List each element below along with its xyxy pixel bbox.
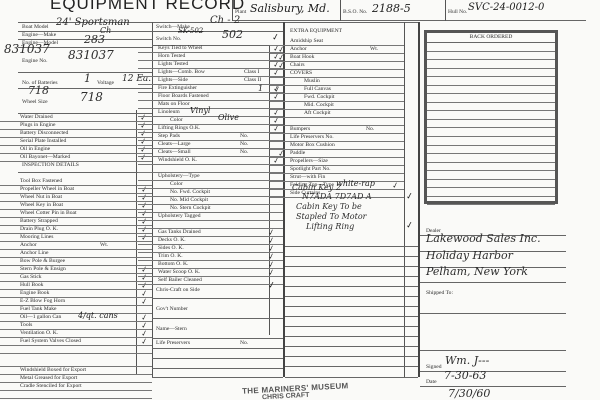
list-item: Tools✓ — [0, 322, 152, 330]
hull-label: Hull No. — [448, 9, 467, 15]
list-item: Bottom O. K.✓ — [138, 261, 283, 269]
engine-no-label: Engine No. — [22, 58, 47, 65]
list-item: Lights Tested✓ — [138, 61, 283, 69]
item-label: Engine Book — [20, 290, 49, 297]
item-extra: Wt. — [370, 46, 378, 53]
item-label: Mooring Lines — [20, 234, 53, 241]
list-item: Fire Extinguisher1✓ — [138, 85, 283, 93]
list-item: No. Stern Cockpit — [138, 205, 283, 213]
list-item: Step PadsNo. — [138, 133, 283, 141]
item-label: Water Drained — [20, 114, 53, 121]
divider — [152, 368, 283, 369]
list-item: Trim O. K.✓ — [138, 253, 283, 261]
list-item: BumpersNo. — [270, 126, 404, 134]
list-item: Chairs✓ — [270, 62, 404, 70]
divider — [285, 306, 418, 307]
handwritten-note: Cabin Key 2 — [292, 184, 341, 191]
batteries-value: 1 — [84, 75, 91, 82]
list-item: Battery Strapped✓ — [0, 218, 152, 226]
switch-no-label: Switch No. — [156, 36, 181, 43]
item-label: Oil—1 gallon Can — [20, 314, 61, 321]
list-item: Tool Box Fastened — [0, 178, 152, 186]
item-label: Linoleum — [158, 109, 180, 116]
item-label: Plugs in Engine — [20, 122, 55, 129]
list-item: Oil in Engine✓ — [0, 146, 152, 154]
engine-model-value: 283 — [84, 36, 105, 43]
divider — [152, 377, 283, 378]
list-item — [0, 391, 152, 399]
item-label: Mid. Cockpit — [304, 102, 334, 109]
list-item: Fuel System Valves Closed✓ — [0, 338, 152, 346]
item-label: Tools — [20, 322, 32, 329]
list-item: Upholstery—Type — [138, 173, 283, 181]
item-label: Floor Boards Fastened — [158, 93, 209, 100]
item-label: Mats on Floor — [158, 101, 190, 108]
item-label: Windshield Boxed for Export — [20, 367, 86, 374]
life-preservers-label: Life Preservers — [156, 340, 190, 347]
divider — [152, 298, 283, 299]
list-item: Floor Boards Fastened✓ — [138, 93, 283, 101]
item-label: Drain Plug O. K. — [20, 226, 58, 233]
item-label: No. Mid Cockpit — [170, 197, 208, 204]
list-item: COVERS — [270, 70, 404, 78]
list-item — [270, 118, 404, 126]
switch-no-struck: SK-502 — [178, 28, 203, 35]
list-item: Decks O. K.✓ — [138, 237, 283, 245]
item-extra: No. — [366, 126, 374, 133]
list-item: Hull Book✓ — [0, 282, 152, 290]
item-label: Hull Book — [20, 282, 43, 289]
divider — [418, 22, 420, 377]
item-extra: No. — [240, 149, 248, 156]
plant-value: Salisbury, Md. — [250, 2, 330, 15]
item-label: Wheel Nut in Boat — [20, 194, 62, 201]
item-label: Cleats—Small — [158, 149, 191, 156]
item-value: Vinyl — [190, 107, 210, 114]
list-item: Paddle✓ — [270, 150, 404, 158]
check-icon: ✓ — [391, 181, 399, 189]
divider — [152, 348, 283, 349]
item-label: Propellers—Size — [290, 158, 328, 165]
item-label: Windshield O. K. — [158, 157, 197, 164]
item-label: Anchor Line — [20, 250, 48, 257]
item-label: Ventilation O. K. — [20, 330, 58, 337]
item-extra: No. — [240, 133, 248, 140]
item-label: Fuel System Valves Closed — [20, 338, 81, 345]
divider — [420, 282, 566, 283]
item-label: E-Z Blow Fog Horn — [20, 298, 65, 305]
list-item: Engine Book✓ — [0, 290, 152, 298]
item-label: Water Scoop O. K. — [158, 269, 200, 276]
check-icon: ✓ — [267, 281, 276, 291]
handwritten-note: Stapled To Motor — [296, 213, 366, 220]
check-icon: ✓ — [277, 149, 285, 157]
divider — [340, 0, 341, 21]
item-extra: Class I — [244, 69, 259, 76]
item-label: Fwd. Cockpit — [304, 94, 334, 101]
wheel-size-label: Wheel Size — [22, 99, 48, 106]
item-label: Chairs — [290, 62, 305, 69]
list-item: Lifting Rings O.K.✓ — [138, 125, 283, 133]
list-item: Windshield Boxed for Export — [0, 367, 152, 375]
item-label: Lights—Comb. Bow — [158, 69, 205, 76]
list-item: Upholstery Tagged — [138, 213, 283, 221]
item-label: Lights Tested — [158, 61, 188, 68]
list-item: Windshield O. K.✓ — [138, 157, 283, 165]
engine-no-value: 831037 — [68, 52, 114, 59]
list-item: No. Fwd. Cockpit — [138, 189, 283, 197]
switch-no-value: 502 — [222, 31, 243, 38]
divider — [285, 246, 418, 247]
list-item: Keys Tied to Wheel✓ — [138, 45, 283, 53]
check-icon: ✓ — [273, 85, 281, 93]
chris-craft-label: Chris-Craft on Side — [156, 287, 200, 294]
item-label: COVERS — [290, 70, 312, 77]
item-label: Stern Pole & Ensign — [20, 266, 66, 273]
item-label: Wheel Cotter Pin in Boat — [20, 210, 77, 217]
list-item: Fwd. Cockpit — [270, 94, 404, 102]
archive-stamp-sub: CHRIS CRAFT — [262, 392, 310, 400]
date-value: 7-30-63 — [444, 372, 486, 379]
item-label: Trim O. K. — [158, 253, 183, 260]
item-label: Step Pads — [158, 133, 180, 140]
item-label: Lifting Rings O.K. — [158, 125, 200, 132]
hull-value: SVC-24-0012-0 — [468, 2, 544, 13]
switch-make-value: Ch - 2 — [210, 17, 240, 24]
divider — [285, 316, 418, 317]
item-label: Gas Tanks Drained — [158, 229, 201, 236]
extra-equipment-heading: EXTRA EQUIPMENT — [290, 28, 342, 35]
list-item: Gas Stick✓ — [0, 274, 152, 282]
list-item: Mooring Lines✓ — [0, 234, 152, 242]
wheel-size-value: 718 — [80, 94, 103, 101]
dealer-line-3: Pelham, New York — [426, 268, 528, 275]
list-item: LinoleumVinyl✓ — [138, 109, 283, 117]
item-label: Self Bailer Cleaned — [158, 277, 202, 284]
divider — [152, 358, 283, 359]
divider — [420, 313, 566, 314]
item-label: Keys Tied to Wheel — [158, 45, 203, 52]
list-item: Serial Plate Installed✓ — [0, 138, 152, 146]
item-label: Anchor — [290, 46, 307, 53]
list-item: Water Drained✓ — [0, 114, 152, 122]
item-label: Metal Greased for Export — [20, 375, 77, 382]
list-item: Oil Bayonet—Marked✓ — [0, 154, 152, 162]
item-label: Fuel Tank Make — [20, 306, 56, 313]
divider — [152, 31, 283, 32]
divider — [285, 296, 418, 297]
divider — [285, 266, 418, 267]
divider — [152, 338, 283, 339]
item-label: Strut—with Fin — [290, 174, 325, 181]
item-label: Spotlight Part No. — [290, 166, 331, 173]
signed-value: Wm. J--- — [445, 357, 489, 364]
check-icon: ✓ — [405, 221, 414, 231]
date-label: Date — [426, 379, 437, 386]
list-item: Lights—Comb. BowClass I✓ — [138, 69, 283, 77]
bottom-note: 7/30/60 — [448, 390, 490, 397]
item-label: Muslin — [304, 78, 320, 85]
bso-value: 2188-5 — [372, 2, 411, 15]
list-item: Mats on Floor — [138, 101, 283, 109]
check-icon: ✓ — [277, 61, 285, 69]
back-ordered-box: BACK ORDERED — [424, 30, 558, 204]
list-item: ColorOlive✓ — [138, 117, 283, 125]
list-item: No. Mid Cockpit — [138, 197, 283, 205]
item-label: Battery Disconnected — [20, 130, 68, 137]
list-item: E-Z Blow Fog Horn✓ — [0, 298, 152, 306]
pre-check-list: Water Drained✓ Plugs in Engine✓ Battery … — [0, 114, 152, 162]
list-item: Self Bailer Cleaned — [138, 277, 283, 285]
dealer-line-1: Lakewood Sales Inc. — [426, 235, 541, 242]
item-label: Amidship Seat — [290, 38, 323, 45]
list-item: Gas Tanks Drained✓ — [138, 229, 283, 237]
list-item: Muslin — [270, 78, 404, 86]
list-item — [0, 346, 152, 354]
item-extra: No. — [240, 141, 248, 148]
item-label: Serial Plate Installed — [20, 138, 66, 145]
item-label: Bumpers — [290, 126, 310, 133]
item-label: Sides O. K. — [158, 245, 184, 252]
item-label: Upholstery Tagged — [158, 213, 201, 220]
item-value: 1 — [258, 85, 263, 92]
list-item: Drain Plug O. K.✓ — [0, 226, 152, 234]
item-label: Gas Stick — [20, 274, 42, 281]
item-value: Olive — [218, 114, 239, 121]
boat-model-value: 24' Sportsman — [56, 19, 130, 26]
item-label: Horn Tested — [158, 53, 185, 60]
dealer-line-2: Holiday Harbor — [426, 252, 513, 259]
list-item: Ventilation O. K.✓ — [0, 330, 152, 338]
list-item: Amidship Seat — [270, 38, 404, 46]
item-label: Cleats—Large — [158, 141, 191, 148]
divider — [285, 346, 418, 347]
item-label: Full Canvas — [304, 86, 331, 93]
boat-model-label: Boat Model — [22, 24, 49, 31]
list-item: Cleats—SmallNo. — [138, 149, 283, 157]
item-label: Lights—Side — [158, 77, 188, 84]
list-item: Water Scoop O. K.✓ — [138, 269, 283, 277]
divider — [285, 286, 418, 287]
list-item: Wheel Cotter Pin in Boat✓ — [0, 210, 152, 218]
item-label: Propeller Wheel in Boat — [20, 186, 74, 193]
divider — [404, 22, 405, 377]
item-label: Battery Strapped — [20, 218, 58, 225]
list-item: Spotlight Part No. — [270, 166, 404, 174]
item-label: Anchor — [20, 242, 37, 249]
item-label: No. Fwd. Cockpit — [170, 189, 210, 196]
life-preservers-no: No. — [240, 340, 248, 347]
list-item: Propellers—Size — [270, 158, 404, 166]
page-title: EQUIPMENT RECORD — [50, 0, 245, 14]
voltage-label: Voltage — [97, 80, 114, 87]
list-item: Cradle Stenciled for Export — [0, 383, 152, 391]
item-label: Oil Bayonet—Marked — [20, 154, 70, 161]
item-label: Tool Box Fastened — [20, 178, 62, 185]
item-label: Bow Pole & Burgee — [20, 258, 65, 265]
item-label: Life Preservers No. — [290, 134, 334, 141]
item-label: Color — [170, 181, 183, 188]
govt-number-label: Gov't Number — [156, 306, 188, 313]
list-item: Battery Disconnected✓ — [0, 130, 152, 138]
inspection-heading: INSPECTION DETAILS — [22, 162, 79, 169]
divider — [18, 172, 152, 173]
engine-make-label: Engine—Make — [22, 32, 56, 39]
list-item: Cleats—LargeNo. — [138, 141, 283, 149]
item-label: Wheel Key in Boat — [20, 202, 63, 209]
handwritten-note: Cabin Key To be — [296, 203, 362, 210]
divider — [285, 356, 418, 357]
equipment-record-page: EQUIPMENT RECORD Plant Salisbury, Md. B.… — [0, 0, 600, 400]
divider — [285, 377, 418, 378]
list-item: Boat Hook✓ — [270, 54, 404, 62]
item-label: Decks O. K. — [158, 237, 186, 244]
check-icon: ✓ — [267, 268, 275, 276]
list-item: Plugs in Engine✓ — [0, 122, 152, 130]
divider — [285, 256, 418, 257]
item-label: Motor Box Cushion — [290, 142, 335, 149]
divider — [232, 20, 586, 21]
divider — [420, 371, 566, 372]
list-item: Oil—1 gallon Can4/qt. cans✓ — [0, 314, 152, 322]
list-item: Fuel Tank Make — [0, 306, 152, 314]
item-label: Paddle — [290, 150, 305, 157]
list-item: Propeller Wheel in Boat✓ — [0, 186, 152, 194]
divider — [420, 350, 566, 351]
item-label: Color — [170, 117, 183, 124]
item-extra: Wt. — [100, 242, 108, 249]
divider — [420, 386, 566, 387]
list-item: Stern Pole & Ensign✓ — [0, 266, 152, 274]
list-item — [138, 165, 283, 173]
item-label: Upholstery—Type — [158, 173, 200, 180]
list-item: Anchor Line — [0, 250, 152, 258]
bso-label: B.S.O. No. — [343, 9, 367, 15]
handwritten-note: N7ADA 7D7AD A — [302, 193, 372, 200]
divider — [152, 318, 283, 319]
item-label: Oil in Engine — [20, 146, 50, 153]
list-item: AnchorWt.✓ — [270, 46, 404, 54]
list-item: Full Canvas✓ — [270, 86, 404, 94]
list-item: Mid. Cockpit — [270, 102, 404, 110]
list-item: AnchorWt. — [0, 242, 152, 250]
check-icon: ✓ — [140, 337, 148, 345]
list-item — [0, 354, 152, 367]
list-item: Life Preservers No. — [270, 134, 404, 142]
list-item: Color — [138, 181, 283, 189]
check-icon: ✓ — [140, 297, 148, 305]
name-stern-label: Name—Stern — [156, 326, 187, 333]
engine-no-side-note: 831037 — [4, 46, 50, 53]
wheel-size-side-note: 718 — [28, 87, 49, 94]
extra-equipment-list: Amidship Seat AnchorWt.✓ Boat Hook✓ Chai… — [270, 38, 404, 198]
middle-check-list: Keys Tied to Wheel✓ Horn Tested✓ Lights … — [138, 45, 283, 285]
list-item: Horn Tested✓ — [138, 53, 283, 61]
item-label: Fire Extinguisher — [158, 85, 197, 92]
shipped-to-label: Shipped To: — [426, 290, 453, 297]
item-value: white-rap — [336, 180, 375, 187]
list-item: Motor Box Cushion — [270, 142, 404, 150]
list-item: Sides O. K.✓ — [138, 245, 283, 253]
divider — [285, 366, 418, 367]
divider — [285, 336, 418, 337]
item-extra: Class II — [244, 77, 261, 84]
check-icon: ✓ — [405, 192, 414, 202]
signed-label: Signed — [426, 364, 442, 371]
list-item: Aft Cockpit — [270, 110, 404, 118]
divider — [445, 0, 446, 21]
item-label: Boat Hook — [290, 54, 314, 61]
item-label: Aft Cockpit — [304, 110, 331, 117]
item-label: Bottom O. K. — [158, 261, 188, 268]
handwritten-note: Lifting Ring — [306, 223, 354, 230]
list-item: Bow Pole & Burgee — [0, 258, 152, 266]
list-item: Wheel Nut in Boat✓ — [0, 194, 152, 202]
item-label: No. Stern Cockpit — [170, 205, 211, 212]
item-value: 4/qt. cans — [78, 312, 118, 319]
inspection-list: Tool Box Fastened Propeller Wheel in Boa… — [0, 178, 152, 399]
list-item — [138, 221, 283, 229]
item-label: Cradle Stenciled for Export — [20, 383, 82, 390]
list-item: Wheel Key in Boat✓ — [0, 202, 152, 210]
list-item: Metal Greased for Export — [0, 375, 152, 383]
divider — [285, 326, 418, 327]
divider — [285, 276, 418, 277]
back-ordered-heading: BACK ORDERED — [427, 33, 555, 43]
